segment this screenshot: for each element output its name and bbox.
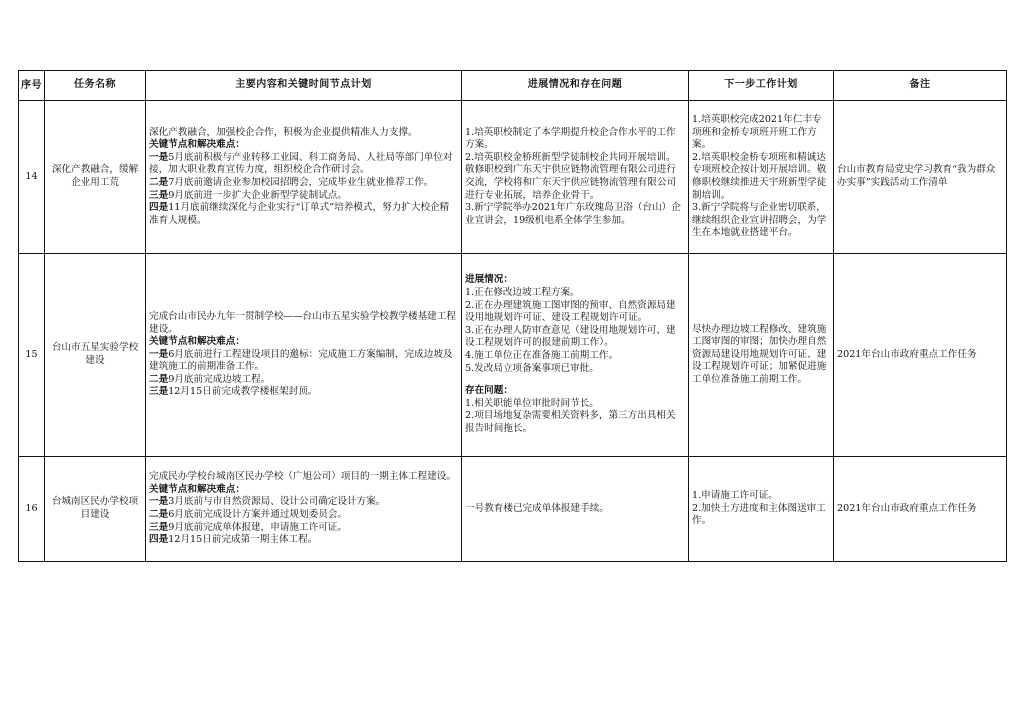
next-plan-cell: 1.培英职校完成2021年仁丰专项班和金桥专项班开班工作方案。 2.培英职校金桥… [689, 101, 834, 254]
plan-item: 一是3月底前与市自然资源局、设计公司确定设计方案。 [149, 496, 458, 509]
task-name: 深化产教融合，缓解企业用工荒 [45, 101, 146, 254]
plan-item: 一是5月底前积极与产业转移工业园、科工商务局、人社局等部门单位对接，加大职业教育… [149, 152, 458, 177]
plan-item-text: 3月底前与市自然资源局、设计公司确定设计方案。 [168, 496, 385, 507]
table-row: 16 台城南区民办学校项目建设 完成民办学校台城南区民办学校（广旭公司）项目的一… [19, 457, 1007, 562]
header-remark: 备注 [834, 71, 1007, 101]
next-plan-cell: 1.申请施工许可证。 2.加快土方进度和主体图送审工作。 [689, 457, 834, 562]
progress-line: 1.正在修改边坡工程方案。 [465, 287, 685, 300]
plan-item-lead: 二是 [149, 177, 168, 188]
table-row: 14 深化产教融合，缓解企业用工荒 深化产教融合，加强校企合作，积极为企业提供精… [19, 101, 1007, 254]
progress-line: 1.培英职校制定了本学期提升校企合作水平的工作方案。 [465, 127, 685, 152]
header-row: 序号 任务名称 主要内容和关键时间节点计划 进展情况和存在问题 下一步工作计划 … [19, 71, 1007, 101]
remark-cell: 2021年台山市政府重点工作任务 [834, 457, 1007, 562]
plan-item: 二是9月底前完成边坡工程。 [149, 374, 458, 387]
plan-item-text: 9月底前完成单体报建，申请施工许可证。 [168, 522, 347, 533]
plan-item: 三是9月底前进一步扩大企业新型学徒制试点。 [149, 190, 458, 203]
plan-item-lead: 二是 [149, 509, 168, 520]
plan-item-text: 11月底前继续深化与企业实行“订单式”培养模式，努力扩大校企精准育人规模。 [149, 202, 449, 226]
issues-label: 存在问题： [465, 385, 685, 398]
plan-item-text: 12月15日前完成教学楼框架封顶。 [168, 386, 317, 397]
row-number: 14 [19, 101, 45, 254]
plan-item-lead: 一是 [149, 349, 168, 360]
plan-intro: 完成台山市民办九年一贯制学校——台山市五星实验学校教学楼基建工程建设。 [149, 311, 458, 336]
key-nodes-label: 关键节点和解决难点： [149, 336, 458, 349]
header-next-plan: 下一步工作计划 [689, 71, 834, 101]
key-nodes-label: 关键节点和解决难点： [149, 139, 458, 152]
plan-item: 一是6月底前进行工程建设项目的邀标：完成施工方案编制，完成边坡及建筑施工的前期准… [149, 349, 458, 374]
plan-item: 三是9月底前完成单体报建，申请施工许可证。 [149, 522, 458, 535]
row-number: 15 [19, 254, 45, 457]
plan-item-lead: 四是 [149, 534, 168, 545]
plan-item-lead: 四是 [149, 202, 168, 213]
plan-item: 二是7月底前邀请企业参加校园招聘会，完成毕业生就业推荐工作。 [149, 177, 458, 190]
plan-item: 三是12月15日前完成教学楼框架封顶。 [149, 386, 458, 399]
plan-item-lead: 三是 [149, 190, 168, 201]
plan-item-lead: 三是 [149, 522, 168, 533]
task-name: 台城南区民办学校项目建设 [45, 457, 146, 562]
task-name: 台山市五星实验学校建设 [45, 254, 146, 457]
issue-line: 2.项目场地复杂需要相关资料多，第三方出具相关报告时间拖长。 [465, 410, 685, 435]
next-plan-line: 3.新宁学院将与企业密切联系，继续组织企业宣讲招聘会，为学生在本地就业搭建平台。 [692, 202, 830, 240]
plan-item-text: 5月底前积极与产业转移工业园、科工商务局、人社局等部门单位对接，加大职业教育宣传… [149, 152, 453, 176]
plan-item-text: 9月底前进一步扩大企业新型学徒制试点。 [168, 190, 347, 201]
plan-item: 二是6月底前完成设计方案并通过规划委员会。 [149, 509, 458, 522]
remark-cell: 2021年台山市政府重点工作任务 [834, 254, 1007, 457]
progress-line: 2.培英职校金桥班新型学徒制校企共同开展培训。敬修职校到广东天宇供应链物流管理有… [465, 152, 685, 202]
header-plan: 主要内容和关键时间节点计划 [146, 71, 462, 101]
header-task-name: 任务名称 [45, 71, 146, 101]
next-plan-line: 1.申请施工许可证。 [692, 490, 830, 503]
plan-intro: 深化产教融合，加强校企合作，积极为企业提供精准人力支撑。 [149, 127, 458, 140]
progress-line: 2.正在办理建筑施工图审图的预审、自然资源局建设用地规划许可证、建设工程规划许可… [465, 300, 685, 325]
progress-line: 3.正在办理人防审查意见（建设用地规划许可、建设工程规划许可的报建前期工作）。 [465, 325, 685, 350]
plan-item: 四是12月15日前完成第一期主体工程。 [149, 534, 458, 547]
progress-line: 3.新宁学院举办2021年广东玫瑰岛卫浴（台山）企业宣讲会，19级机电系全体学生… [465, 202, 685, 227]
table-row: 15 台山市五星实验学校建设 完成台山市民办九年一贯制学校——台山市五星实验学校… [19, 254, 1007, 457]
progress-label: 进展情况： [465, 274, 685, 287]
plan-item-lead: 一是 [149, 152, 168, 163]
plan-item-lead: 二是 [149, 374, 168, 385]
plan-item-text: 12月15日前完成第一期主体工程。 [168, 534, 317, 545]
plan-item-text: 6月底前进行工程建设项目的邀标：完成施工方案编制，完成边坡及建筑施工的前期准备工… [149, 349, 453, 373]
next-plan-line: 尽快办理边坡工程修改、建筑施工图审图的审图；加快办理自然资源局建设用地规划许可证… [692, 324, 830, 387]
plan-item-lead: 一是 [149, 496, 168, 507]
plan-item-text: 9月底前完成边坡工程。 [168, 374, 270, 385]
header-no: 序号 [19, 71, 45, 101]
issue-line: 1.相关职能单位审批时间节长。 [465, 398, 685, 411]
progress-line: 4.施工单位正在准备施工前期工作。 [465, 350, 685, 363]
next-plan-cell: 尽快办理边坡工程修改、建筑施工图审图的审图；加快办理自然资源局建设用地规划许可证… [689, 254, 834, 457]
plan-item-text: 6月底前完成设计方案并通过规划委员会。 [168, 509, 347, 520]
plan-cell: 完成台山市民办九年一贯制学校——台山市五星实验学校教学楼基建工程建设。 关键节点… [146, 254, 462, 457]
row-number: 16 [19, 457, 45, 562]
remark-cell: 台山市教育局党史学习教育“我为群众办实事”实践活动工作清单 [834, 101, 1007, 254]
next-plan-line: 2.加快土方进度和主体图送审工作。 [692, 503, 830, 528]
next-plan-line: 1.培英职校完成2021年仁丰专项班和金桥专项班开班工作方案。 [692, 114, 830, 152]
spacer [465, 375, 685, 385]
progress-line: 一号教育楼已完成单体报建手续。 [465, 503, 685, 516]
plan-intro: 完成民办学校台城南区民办学校（广旭公司）项目的一期主体工程建设。 [149, 471, 458, 484]
plan-cell: 完成民办学校台城南区民办学校（广旭公司）项目的一期主体工程建设。 关键节点和解决… [146, 457, 462, 562]
next-plan-line: 2.培英职校金桥专项班和精诚达专项班校企按计划开展培训。敬修职校继续推进天宇班新… [692, 152, 830, 202]
progress-cell: 一号教育楼已完成单体报建手续。 [462, 457, 689, 562]
plan-item-text: 7月底前邀请企业参加校园招聘会，完成毕业生就业推荐工作。 [168, 177, 433, 188]
progress-cell: 进展情况： 1.正在修改边坡工程方案。 2.正在办理建筑施工图审图的预审、自然资… [462, 254, 689, 457]
task-table: 序号 任务名称 主要内容和关键时间节点计划 进展情况和存在问题 下一步工作计划 … [18, 70, 1007, 562]
plan-item: 四是11月底前继续深化与企业实行“订单式”培养模式，努力扩大校企精准育人规模。 [149, 202, 458, 227]
key-nodes-label: 关键节点和解决难点： [149, 484, 458, 497]
header-progress: 进展情况和存在问题 [462, 71, 689, 101]
progress-line: 5.发改局立项备案事项已审批。 [465, 363, 685, 376]
plan-item-lead: 三是 [149, 386, 168, 397]
progress-cell: 1.培英职校制定了本学期提升校企合作水平的工作方案。 2.培英职校金桥班新型学徒… [462, 101, 689, 254]
plan-cell: 深化产教融合，加强校企合作，积极为企业提供精准人力支撑。 关键节点和解决难点： … [146, 101, 462, 254]
